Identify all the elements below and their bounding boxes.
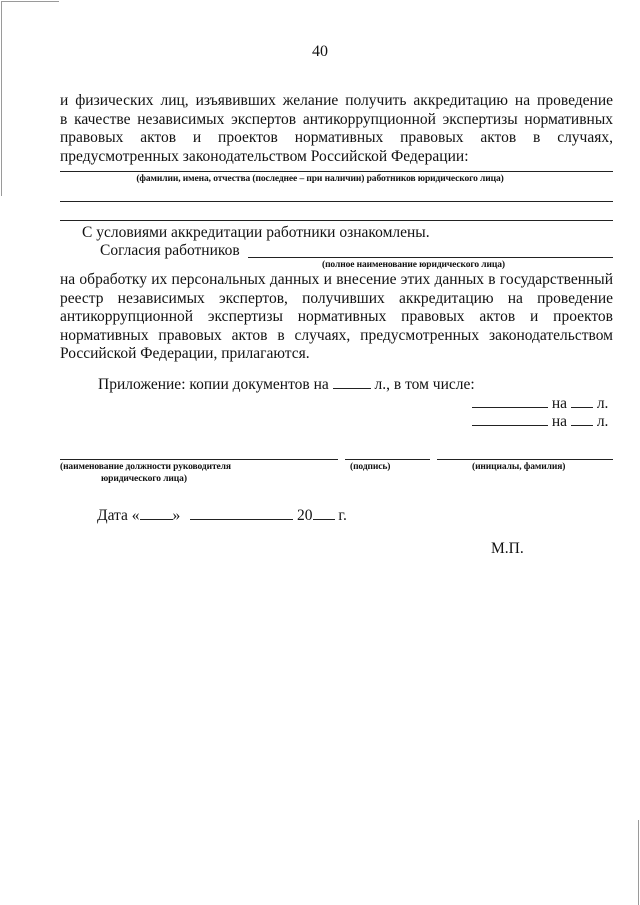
signature-caption: (подпись) — [350, 462, 390, 472]
position-title-field[interactable] — [60, 459, 338, 460]
page-number: 40 — [0, 43, 640, 61]
attachment-item-2: на л. — [472, 411, 608, 431]
employees-names-caption: (фамилии, имена, отчества (последнее – п… — [0, 174, 640, 184]
intro-paragraph: и физических лиц, изъявивших желание пол… — [60, 92, 613, 166]
consent-line: реестр независимых экспертов, получивших… — [60, 290, 613, 309]
attachment-item-2-unit: л. — [597, 413, 609, 430]
intro-line: в качестве независимых экспертов антикор… — [60, 111, 613, 130]
attachment-item-1: на л. — [472, 393, 608, 413]
attachment-item-1-pages-field[interactable] — [571, 393, 593, 408]
date-year-suffix: г. — [338, 507, 346, 524]
intro-line: предусмотренных законодательством Россий… — [60, 148, 613, 167]
attachment-suffix: л., в том числе: — [375, 376, 475, 393]
acknowledgement-text: С условиями аккредитации работники ознак… — [82, 224, 430, 242]
legal-entity-name-caption: (полное наименование юридического лица) — [322, 260, 505, 270]
attachment-item-2-pages-field[interactable] — [571, 411, 593, 426]
attachment-pages-field[interactable] — [333, 374, 371, 389]
consent-label: Согласия работников — [100, 242, 240, 260]
attachment-item-1-unit: л. — [597, 395, 609, 412]
page-edge-left — [1, 1, 2, 196]
employees-names-field-line-2[interactable] — [60, 201, 613, 202]
date-month-field[interactable] — [190, 505, 293, 520]
page-edge-right — [638, 820, 639, 905]
date-close-quote: » — [173, 507, 181, 524]
initials-surname-caption: (инициалы, фамилия) — [472, 462, 565, 472]
legal-entity-name-field[interactable] — [248, 257, 613, 258]
date-label: Дата « — [97, 507, 140, 524]
consent-line: на обработку их персональных данных и вн… — [60, 271, 613, 290]
signature-field[interactable] — [345, 459, 430, 460]
attachment-item-2-on: на — [552, 413, 567, 430]
date-year-prefix: 20 — [297, 507, 313, 524]
intro-line: правовых актов и проектов нормативных пр… — [60, 129, 613, 148]
attachment-item-1-on: на — [552, 395, 567, 412]
employees-names-field-line-1[interactable] — [60, 171, 613, 172]
attachment-prefix: Приложение: копии документов на — [98, 376, 329, 393]
attachment-item-2-name-field[interactable] — [472, 411, 548, 426]
employees-names-field-line-3[interactable] — [60, 220, 613, 221]
date-day-field[interactable] — [140, 505, 173, 520]
consent-line: нормативных правовых актов в случаях, пр… — [60, 327, 613, 346]
date-year-field[interactable] — [313, 505, 335, 520]
page-edge-top — [1, 1, 59, 2]
attachment-line: Приложение: копии документов на л., в то… — [98, 374, 475, 394]
consent-line: Российской Федерации, прилагаются. — [60, 345, 613, 364]
consent-paragraph: на обработку их персональных данных и вн… — [60, 271, 613, 364]
consent-line: антикоррупционной экспертизы нормативных… — [60, 308, 613, 327]
position-title-caption-2: юридического лица) — [101, 474, 187, 484]
initials-surname-field[interactable] — [437, 459, 613, 460]
attachment-item-1-name-field[interactable] — [472, 393, 548, 408]
position-title-caption: (наименование должности руководителя — [60, 462, 231, 472]
stamp-placeholder: М.П. — [491, 540, 524, 558]
intro-line: и физических лиц, изъявивших желание пол… — [60, 92, 613, 111]
date-line: Дата «» 20 г. — [97, 505, 347, 525]
